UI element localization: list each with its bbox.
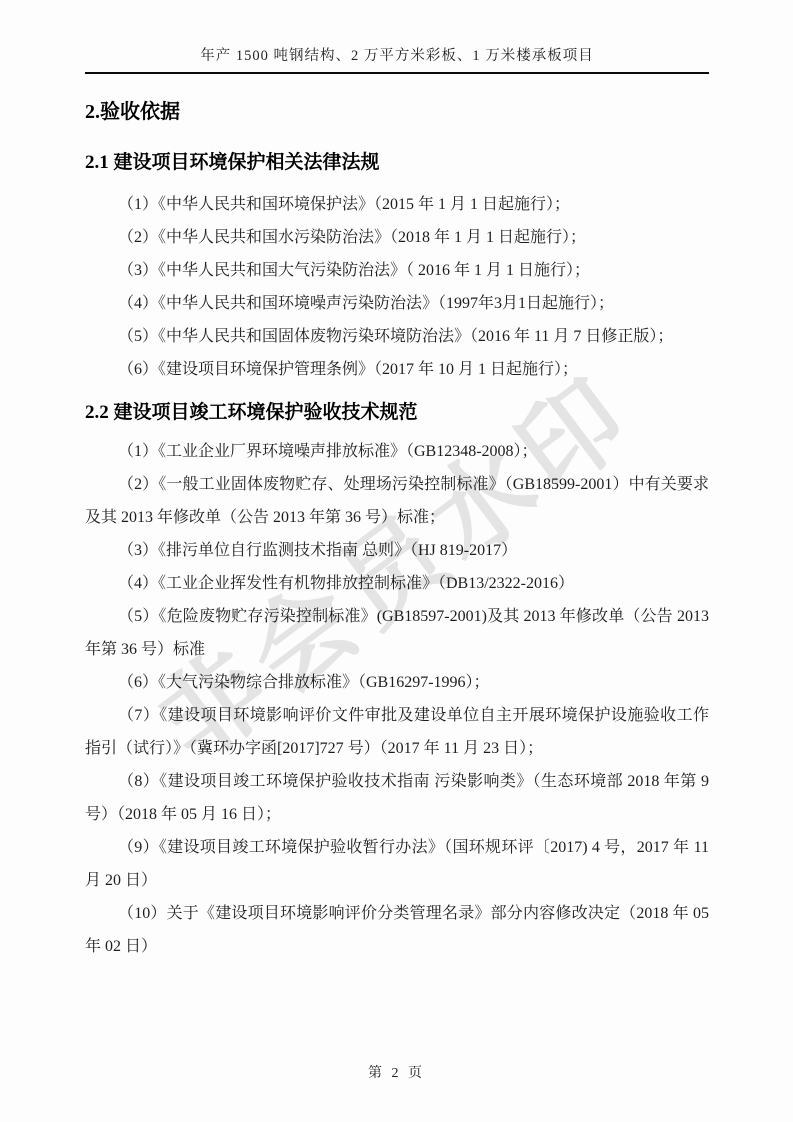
law-item: （5）《中华人民共和国固体废物污染环境防治法》（2016 年 11 月 7 日修…: [85, 320, 709, 353]
chapter-heading: 2.验收依据: [85, 99, 709, 126]
standard-item: （5）《危险废物贮存污染控制标准》(GB18597-2001)及其 2013 年…: [85, 600, 709, 666]
standard-item: （3）《排污单位自行监测技术指南 总则》（HJ 819-2017）: [85, 534, 709, 567]
running-header: 年产 1500 吨钢结构、2 万平方米彩板、1 万米楼承板项目: [85, 47, 709, 66]
law-item: （1）《中华人民共和国环境保护法》（2015 年 1 月 1 日起施行）；: [85, 188, 709, 221]
standard-item: （6）《大气污染物综合排放标准》（GB16297-1996）；: [85, 666, 709, 699]
standard-item: （7）《建设项目环境影响评价文件审批及建设单位自主开展环境保护设施验收工作指引（…: [85, 699, 709, 765]
law-item: （2）《中华人民共和国水污染防治法》（2018 年 1 月 1 日起施行）；: [85, 221, 709, 254]
law-item: （3）《中华人民共和国大气污染防治法》（ 2016 年 1 月 1 日施行）；: [85, 254, 709, 287]
section-heading-2-1: 2.1 建设项目环境保护相关法律法规: [85, 150, 709, 176]
standard-item: （2）《一般工业固体废物贮存、处理场污染控制标准》（GB18599-2001）中…: [85, 468, 709, 534]
standard-item: （1）《工业企业厂界环境噪声排放标准》（GB12348-2008）；: [85, 435, 709, 468]
standard-item: （4）《工业企业挥发性有机物排放控制标准》（DB13/2322-2016）: [85, 567, 709, 600]
law-item: （4）《中华人民共和国环境噪声污染防治法》（1997年3月1日起施行）；: [85, 287, 709, 320]
header-rule: [85, 72, 709, 74]
document-page: 非会员水印 年产 1500 吨钢结构、2 万平方米彩板、1 万米楼承板项目 2.…: [0, 0, 793, 1122]
page-content: 年产 1500 吨钢结构、2 万平方米彩板、1 万米楼承板项目 2.验收依据 2…: [85, 0, 709, 963]
standard-item: （8）《建设项目竣工环境保护验收技术指南 污染影响类》（生态环境部 2018 年…: [85, 765, 709, 831]
law-item: （6）《建设项目环境保护管理条例》（2017 年 10 月 1 日起施行）；: [85, 353, 709, 386]
section-heading-2-2: 2.2 建设项目竣工环境保护验收技术规范: [85, 400, 709, 426]
standard-item: （10）关于《建设项目环境影响评价分类管理名录》部分内容修改决定（2018 年 …: [85, 897, 709, 963]
law-list: （1）《中华人民共和国环境保护法》（2015 年 1 月 1 日起施行）； （2…: [85, 188, 709, 386]
standard-item: （9）《建设项目竣工环境保护验收暂行办法》（国环规环评〔2017) 4 号，20…: [85, 831, 709, 897]
standard-list: （1）《工业企业厂界环境噪声排放标准》（GB12348-2008）； （2）《一…: [85, 435, 709, 963]
page-number: 第 2 页: [0, 1062, 793, 1082]
